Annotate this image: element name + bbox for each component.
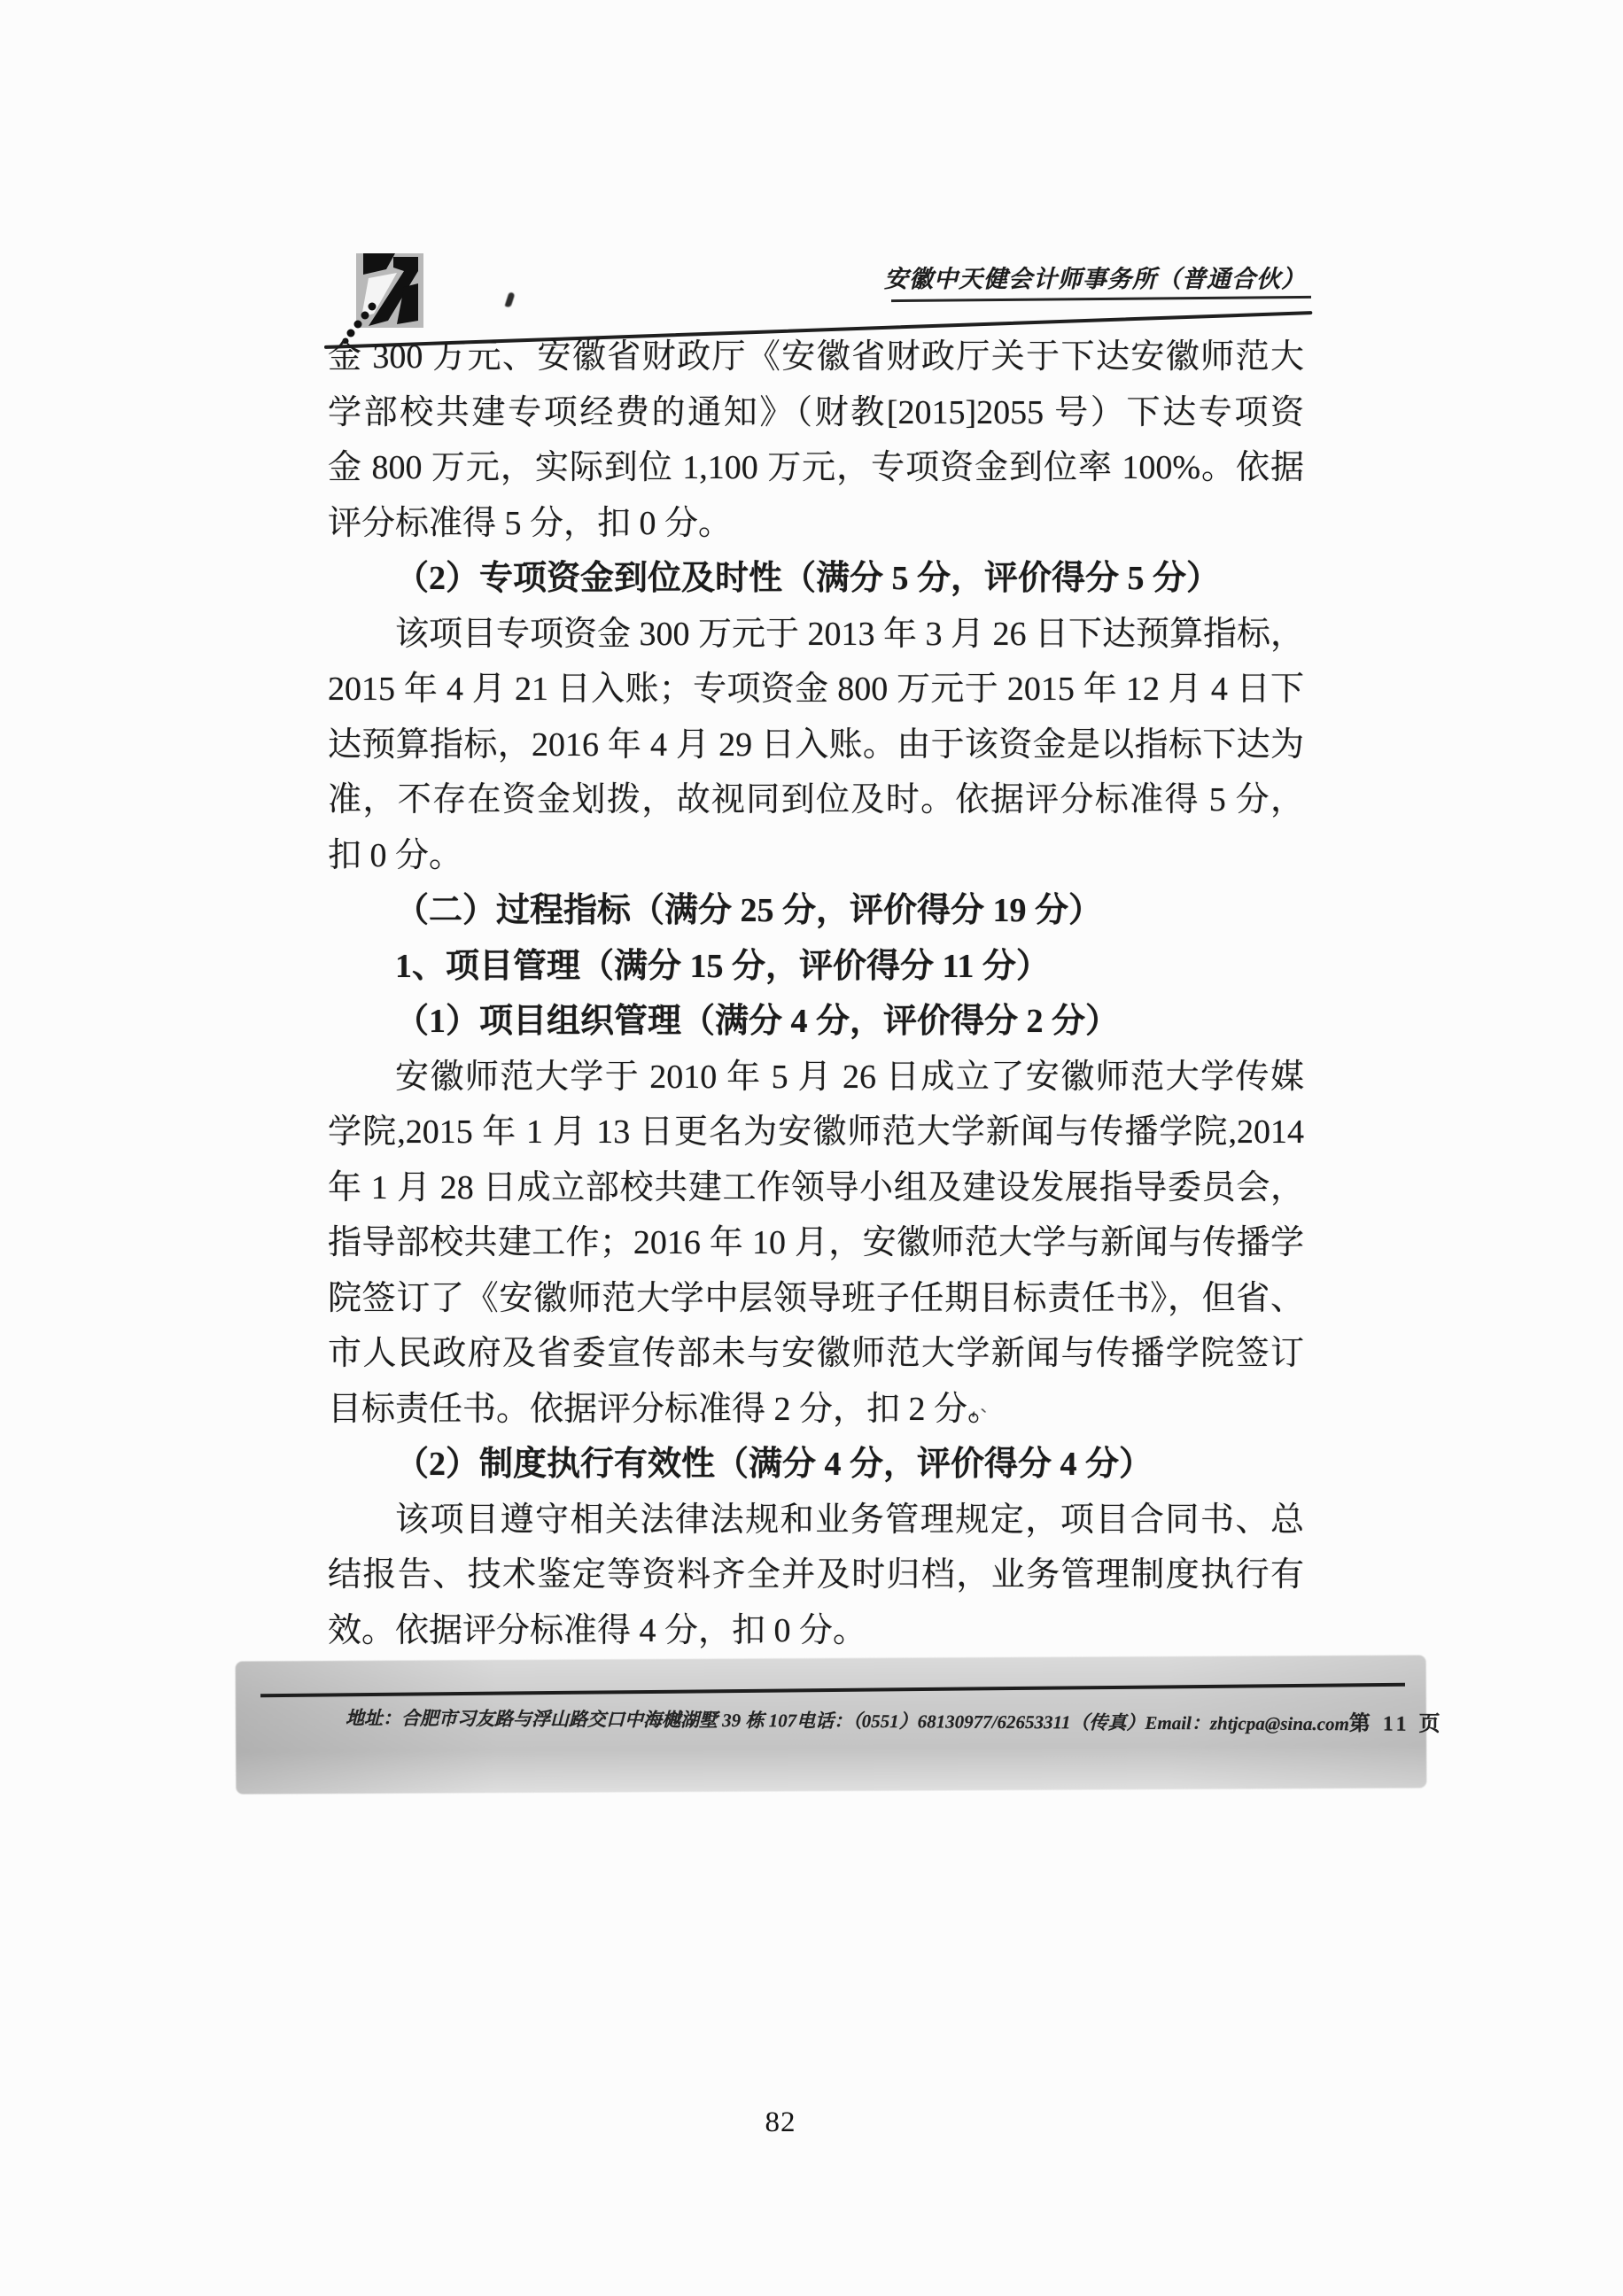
doc-line: 指导部校共建工作；2016 年 10 月，安徽师范大学与新闻与传播学: [328, 1215, 1304, 1271]
page-number: 82: [723, 2106, 838, 2139]
doc-line: 扣 0 分。: [328, 828, 1304, 884]
doc-line: 2015 年 4 月 21 日入账；专项资金 800 万元于 2015 年 12…: [328, 662, 1304, 717]
doc-line: 1、项目管理（满分 15 分，评价得分 11 分）: [328, 939, 1304, 995]
header-underline: [891, 296, 1311, 302]
doc-line: （二）过程指标（满分 25 分，评价得分 19 分）: [328, 883, 1304, 939]
doc-line: 学院,2015 年 1 月 13 日更名为安徽师范大学新闻与传播学院,2014: [328, 1105, 1304, 1160]
doc-line: 年 1 月 28 日成立部校共建工作领导小组及建设发展指导委员会，: [328, 1160, 1304, 1216]
footer-address: 地址：合肥市习友路与浮山路交口中海樾湖墅 39 栋 107: [346, 1703, 796, 1733]
firm-name-header: 安徽中天健会计师事务所（普通合伙）: [884, 260, 1306, 294]
doc-line: 目标责任书。依据评分标准得 2 分，扣 2 分。: [328, 1382, 1304, 1438]
doc-line: 该项目专项资金 300 万元于 2013 年 3 月 26 日下达预算指标，: [328, 607, 1304, 663]
doc-line: 评分标准得 5 分，扣 0 分。: [328, 496, 1304, 552]
doc-line: （2）专项资金到位及时性（满分 5 分，评价得分 5 分）: [328, 551, 1304, 607]
doc-line: 学部校共建专项经费的通知》（财教[2015]2055 号）下达专项资: [328, 385, 1304, 441]
doc-line: 市人民政府及省委宣传部未与安徽师范大学新闻与传播学院签订: [328, 1326, 1304, 1382]
doc-line: 准，不存在资金划拨，故视同到位及时。依据评分标准得 5 分，: [328, 772, 1304, 828]
doc-line: 院签订了《安徽师范大学中层领导班子任期目标责任书》，但省、: [328, 1271, 1304, 1327]
doc-line: 效。依据评分标准得 4 分，扣 0 分。: [328, 1603, 1304, 1659]
doc-line: 金 800 万元，实际到位 1,100 万元，专项资金到位率 100%。依据: [328, 440, 1304, 496]
doc-line: 该项目遵守相关法律法规和业务管理规定，项目合同书、总: [328, 1493, 1304, 1548]
footer: 地址：合肥市习友路与浮山路交口中海樾湖墅 39 栋 107 电话：（0551）6…: [346, 1699, 1400, 1736]
doc-line: 安徽师范大学于 2010 年 5 月 26 日成立了安徽师范大学传媒: [328, 1050, 1304, 1105]
footer-phone: 电话：（0551）68130977/62653311（传真）: [796, 1706, 1145, 1734]
doc-line: （1）项目组织管理（满分 4 分，评价得分 2 分）: [328, 994, 1304, 1050]
scanned-document-page: 安徽中天健会计师事务所（普通合伙） ʻ` 金 300 万元、安徽省财政厅《安徽省…: [0, 0, 1623, 2296]
doc-line: （2）制度执行有效性（满分 4 分，评价得分 4 分）: [328, 1437, 1304, 1493]
footer-page-indicator: 第 11 页: [1349, 1705, 1444, 1737]
scan-speck: [505, 291, 516, 307]
footer-email: Email：zhtjcpa@sina.com: [1145, 1709, 1349, 1736]
doc-line: 金 300 万元、安徽省财政厅《安徽省财政厅关于下达安徽师范大: [328, 330, 1304, 385]
document-body: 金 300 万元、安徽省财政厅《安徽省财政厅关于下达安徽师范大学部校共建专项经费…: [328, 330, 1304, 1658]
doc-line: 结报告、技术鉴定等资料齐全并及时归档，业务管理制度执行有: [328, 1547, 1304, 1603]
doc-line: 达预算指标，2016 年 4 月 29 日入账。由于该资金是以指标下达为: [328, 717, 1304, 773]
